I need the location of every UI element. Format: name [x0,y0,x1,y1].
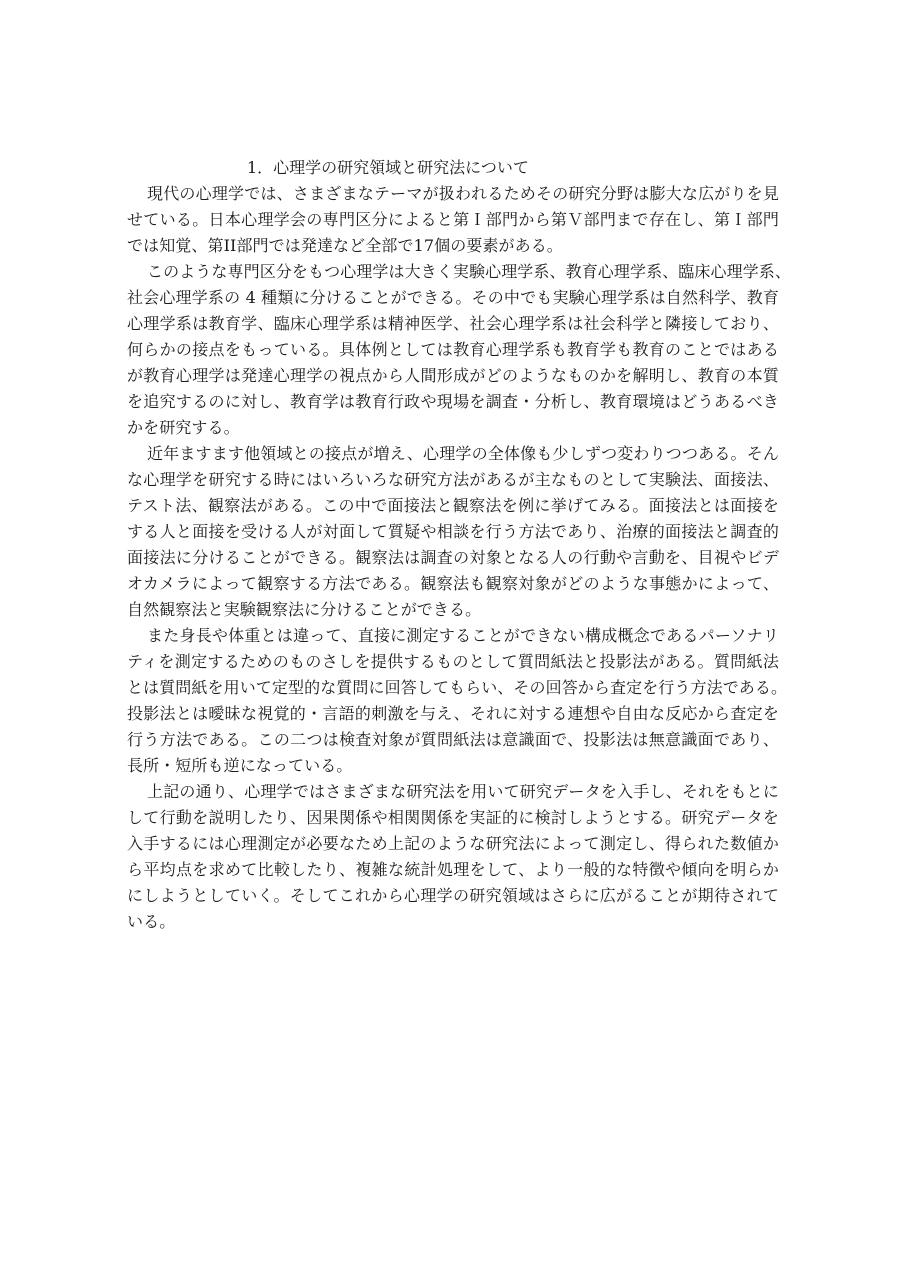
paragraph-4: また身長や体重とは違って、直接に測定することができない構成概念であるパーソナリ … [127,623,779,779]
text-line: 行う方法である。この二つは検査対象が質問紙法は意識面で、投影法は無意識面であり、 [127,727,779,753]
paragraph-5: 上記の通り、心理学ではさまざまな研究法を用いて研究データを入手し、それをもとに … [127,779,779,935]
text-line: 上記の通り、心理学ではさまざまな研究法を用いて研究データを入手し、それをもとに [127,779,779,805]
paragraph-2: このような専門区分をもつ心理学は大きく実験心理学系、教育心理学系、臨床心理学系、… [127,259,779,441]
text-line: 近年ますます他領域との接点が増え、心理学の全体像も少しずつ変わりつつある。そん [127,441,779,467]
text-line: 何らかの接点をもっている。具体例としては教育心理学系も教育学も教育のことではある [127,337,779,363]
text-line: にしようとしていく。そしてこれから心理学の研究領域はさらに広がることが期待されて [127,883,779,909]
text-line: 社会心理学系の 4 種類に分けることができる。その中でも実験心理学系は自然科学、… [127,285,779,311]
paragraph-3: 近年ますます他領域との接点が増え、心理学の全体像も少しずつ変わりつつある。そん … [127,441,779,623]
text-line: また身長や体重とは違って、直接に測定することができない構成概念であるパーソナリ [127,623,779,649]
text-line: 長所・短所も逆になっている。 [127,753,779,779]
text-line: このような専門区分をもつ心理学は大きく実験心理学系、教育心理学系、臨床心理学系、 [127,259,779,285]
text-line: ティを測定するためのものさしを提供するものとして質問紙法と投影法がある。質問紙法 [127,649,779,675]
text-line: して行動を説明したり、因果関係や相関関係を実証的に検討しようとする。研究データを [127,805,779,831]
text-line: とは質問紙を用いて定型的な質問に回答してもらい、その回答から査定を行う方法である… [127,675,779,701]
text-line: オカメラによって観察する方法である。観察法も観察対象がどのような事態かによって、 [127,571,779,597]
text-line: を追究するのに対し、教育学は教育行政や現場を調査・分析し、教育環境はどうあるべき [127,389,779,415]
text-line: 投影法とは曖昧な視覚的・言語的刺激を与え、それに対する連想や自由な反応から査定を [127,701,779,727]
text-line: する人と面接を受ける人が対面して質疑や相談を行う方法であり、治療的面接法と調査的 [127,519,779,545]
text-line: テスト法、観察法がある。この中で面接法と観察法を例に挙げてみる。面接法とは面接を [127,493,779,519]
text-line: ら平均点を求めて比較したり、複雑な統計処理をして、より一般的な特徴や傾向を明らか [127,857,779,883]
text-line: せている。日本心理学会の専門区分によると第Ｉ部門から第Ｖ部門まで存在し、第Ｉ部門 [127,207,779,233]
text-line: が教育心理学は発達心理学の視点から人間形成がどのようなものかを解明し、教育の本質 [127,363,779,389]
text-line: いる。 [127,909,779,935]
text-line: では知覚、第II部門では発達など全部で17個の要素がある。 [127,233,779,259]
text-line: な心理学を研究する時にはいろいろな研究方法があるが主なものとして実験法、面接法、 [127,467,779,493]
text-line: 心理学系は教育学、臨床心理学系は精神医学、社会心理学系は社会科学と隣接しており、 [127,311,779,337]
text-line: 現代の心理学では、さまざまなテーマが扱われるためその研究分野は膨大な広がりを見 [127,181,779,207]
document-page: 1．心理学の研究領域と研究法について 現代の心理学では、さまざまなテーマが扱われ… [127,155,779,935]
section-heading: 1．心理学の研究領域と研究法について [127,155,779,181]
text-line: 自然観察法と実験観察法に分けることができる。 [127,597,779,623]
text-line: かを研究する。 [127,415,779,441]
text-line: 入手するには心理測定が必要なため上記のような研究法によって測定し、得られた数値か [127,831,779,857]
text-line: 面接法に分けることができる。観察法は調査の対象となる人の行動や言動を、目視やビデ [127,545,779,571]
paragraph-1: 現代の心理学では、さまざまなテーマが扱われるためその研究分野は膨大な広がりを見 … [127,181,779,259]
